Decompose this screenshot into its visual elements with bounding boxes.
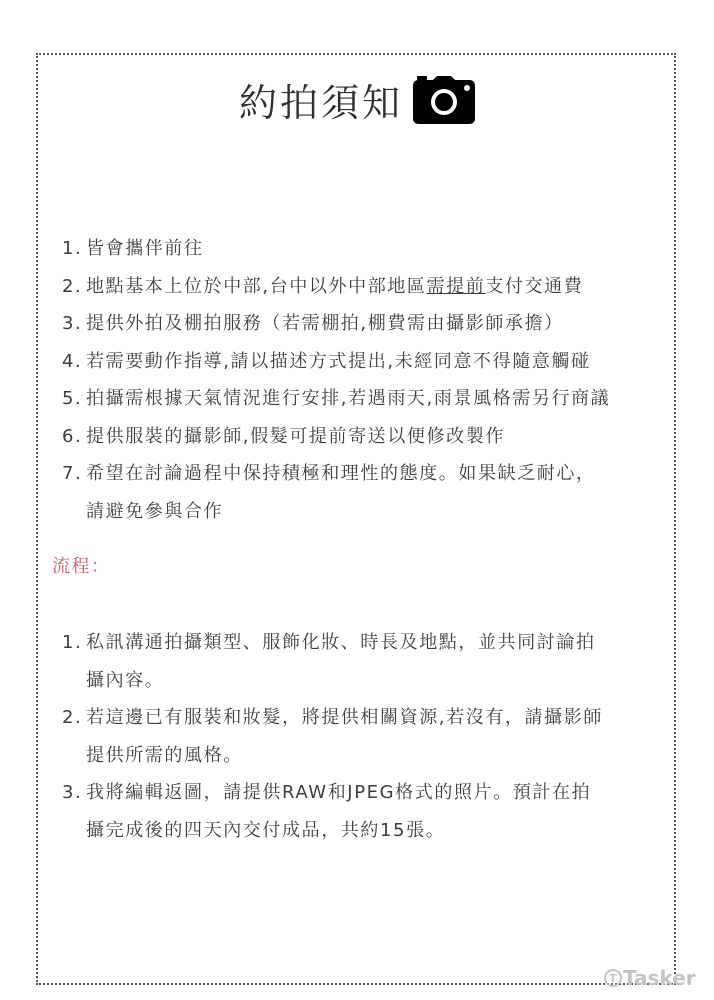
flow-heading: 流程： [52, 552, 111, 578]
watermark-text: Tasker [623, 966, 696, 990]
rule-item: 3.提供外拍及棚拍服務（若需棚拍,棚費需由攝影師承擔） [62, 305, 610, 343]
rule-item: 2.地點基本上位於中部,台中以外中部地區需提前支付交通費 [62, 268, 610, 306]
underlined-emphasis: 需提前 [427, 276, 486, 297]
flow-step-continuation: 攝內容。 [62, 662, 603, 700]
rule-item: 1.皆會攜伴前往 [62, 230, 610, 268]
title-row: 約拍須知 [0, 72, 714, 127]
tasker-logo-icon: T [604, 969, 622, 987]
rule-item: 5.拍攝需根據天氣情況進行安排,若遇雨天,雨景風格需另行商議 [62, 380, 610, 418]
rule-item-continuation: 請避免參與合作 [62, 493, 610, 531]
flow-step-continuation: 攝完成後的四天內交付成品，共約15張。 [62, 812, 603, 850]
flow-step: 1.私訊溝通拍攝類型、服飾化妝、時長及地點，並共同討論拍 [62, 624, 603, 662]
flow-steps-list: 1.私訊溝通拍攝類型、服飾化妝、時長及地點，並共同討論拍 攝內容。 2.若這邊已… [62, 624, 603, 849]
tasker-watermark: T Tasker [604, 966, 696, 990]
rule-item: 4.若需要動作指導,請以描述方式提出,未經同意不得隨意觸碰 [62, 343, 610, 381]
rules-list: 1.皆會攜伴前往 2.地點基本上位於中部,台中以外中部地區需提前支付交通費 3.… [62, 230, 610, 530]
rule-item: 6.提供服裝的攝影師,假髮可提前寄送以便修改製作 [62, 418, 610, 456]
flow-step: 3.我將編輯返圖，請提供RAW和JPEG格式的照片。預計在拍 [62, 774, 603, 812]
camera-icon [413, 76, 475, 124]
page-title: 約拍須知 [239, 72, 403, 127]
flow-step: 2.若這邊已有服裝和妝髮，將提供相關資源,若沒有，請攝影師 [62, 699, 603, 737]
flow-step-continuation: 提供所需的風格。 [62, 737, 603, 775]
rule-item: 7.希望在討論過程中保持積極和理性的態度。如果缺乏耐心， [62, 455, 610, 493]
